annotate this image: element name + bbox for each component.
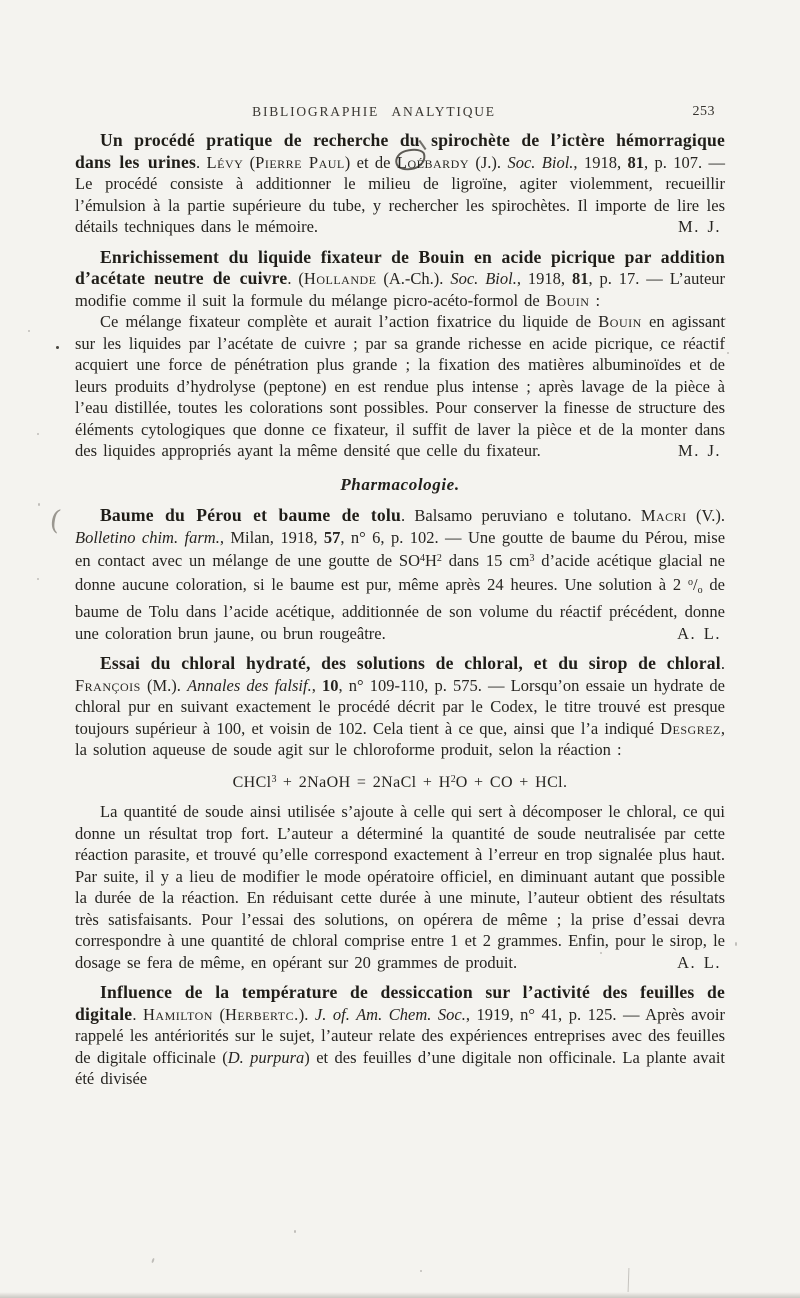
text-segment: Desgrez xyxy=(660,719,721,738)
ink-speck xyxy=(724,318,726,320)
entry-paragraph: Enrichissement du liquide fixateur de Bo… xyxy=(75,247,725,312)
text-segment: H xyxy=(425,551,437,570)
text-segment: Bouin xyxy=(598,312,642,331)
text-segment: Bouin xyxy=(546,291,590,310)
text-segment: . xyxy=(132,1005,143,1024)
text-segment: 10 xyxy=(322,676,339,695)
ink-speck xyxy=(735,942,737,946)
scan-scratch xyxy=(628,1268,630,1292)
entry-paragraph: Ce mélange fixateur complète et aurait l… xyxy=(75,311,725,462)
text-segment: Macri xyxy=(641,506,687,525)
entry-essai-chloral: Essai du chloral hydraté, des solutions … xyxy=(75,653,725,973)
text-segment: François xyxy=(75,676,141,695)
ink-speck xyxy=(37,578,39,580)
text-segment: + 2NaOH = 2NaCl + H xyxy=(277,774,451,791)
ink-speck xyxy=(600,952,602,954)
ink-speck xyxy=(727,352,729,354)
chemical-equation: CHCl3 + 2NaOH = 2NaCl + H2O + CO + HCl. xyxy=(75,769,725,794)
text-segment: dans 15 cm xyxy=(442,551,530,570)
handwritten-mark: ( xyxy=(48,504,63,536)
text-segment: Bolletino chim. farm. xyxy=(75,528,220,547)
ink-speck xyxy=(151,1258,155,1263)
text-segment: Annales des falsif. xyxy=(187,676,312,695)
text-segment: Herbertc. xyxy=(225,1005,299,1024)
text-segment: Ce mélange fixateur complète et aurait l… xyxy=(100,312,598,331)
text-segment: Soc. Biol. xyxy=(450,269,517,288)
text-segment: CHCl xyxy=(233,774,272,791)
text-segment: , 1918, xyxy=(573,153,627,172)
text-segment: ( xyxy=(243,153,255,172)
running-title: BIBLIOGRAPHIE ANALYTIQUE xyxy=(252,104,496,120)
text-segment: La quantité de soude ainsi utilisée s’aj… xyxy=(75,802,725,972)
text-segment: Hollande xyxy=(304,269,377,288)
text-segment: (A.-Ch.). xyxy=(376,269,450,288)
entry-paragraph: Essai du chloral hydraté, des solutions … xyxy=(75,653,725,761)
page-header: BIBLIOGRAPHIE ANALYTIQUE 253 xyxy=(75,104,725,120)
entry-digitale: Influence de la température de dessiccat… xyxy=(75,982,725,1090)
entry-fixateur-bouin: Enrichissement du liquide fixateur de Bo… xyxy=(75,247,725,462)
page-number: 253 xyxy=(693,104,716,120)
text-segment: Baume du Pérou et baume de tolu xyxy=(100,505,401,525)
text-segment: O + CO + HCl. xyxy=(456,774,568,791)
text-segment: Pierre Paul xyxy=(255,153,345,172)
entry-paragraph: Influence de la température de dessiccat… xyxy=(75,982,725,1090)
text-segment: 81 xyxy=(627,153,644,172)
section-heading-pharmacologie: Pharmacologie. xyxy=(75,474,725,496)
text-segment: ) et de xyxy=(345,153,397,172)
text-segment: (V.). xyxy=(687,506,725,525)
text-segment: Soc. Biol. xyxy=(507,153,573,172)
entry-baume-perou: Baume du Pérou et baume de tolu. Balsamo… xyxy=(75,505,725,644)
text-segment: 81 xyxy=(572,269,589,288)
text-segment: 57 xyxy=(324,528,341,547)
entry-paragraph: La quantité de soude ainsi utilisée s’aj… xyxy=(75,801,725,973)
text-segment: ( xyxy=(213,1005,225,1024)
text-segment: Lévy xyxy=(207,153,244,172)
text-segment: : xyxy=(589,291,600,310)
ink-speck xyxy=(420,1270,422,1272)
text-segment: . xyxy=(721,654,725,673)
text-segment: , xyxy=(312,676,322,695)
text-segment: . xyxy=(196,153,207,172)
scanned-page: BIBLIOGRAPHIE ANALYTIQUE 253 Un procédé … xyxy=(0,0,800,1298)
ink-speck xyxy=(28,330,30,332)
text-segment: en agissant sur les liquides par l’acéta… xyxy=(75,312,725,460)
text-segment: , 1918, xyxy=(517,269,572,288)
ink-speck xyxy=(294,1230,296,1233)
text-segment: . ( xyxy=(287,269,304,288)
text-segment: . Balsamo peruviano e tolutano. xyxy=(401,506,641,525)
ink-speck xyxy=(37,433,39,435)
text-segment: Hamilton xyxy=(143,1005,213,1024)
text-segment: , Milan, 1918, xyxy=(220,528,324,547)
text-segment: J. of. Am. Chem. Soc. xyxy=(315,1005,466,1024)
entry-spirochete-urines: Un procédé pratique de recherche du spir… xyxy=(75,130,725,238)
scan-edge-shadow xyxy=(0,1292,800,1298)
text-segment: D. purpura xyxy=(228,1048,305,1067)
text-segment: Loébardy xyxy=(397,153,469,172)
text-segment: (M.). xyxy=(141,676,187,695)
text-segment: Essai du chloral hydraté, des solutions … xyxy=(100,653,721,673)
text-segment: ). xyxy=(299,1005,315,1024)
ink-speck xyxy=(38,503,40,506)
text-segment: (J.). xyxy=(469,153,507,172)
ink-speck xyxy=(56,346,59,349)
text-block: Un procédé pratique de recherche du spir… xyxy=(75,130,725,1099)
